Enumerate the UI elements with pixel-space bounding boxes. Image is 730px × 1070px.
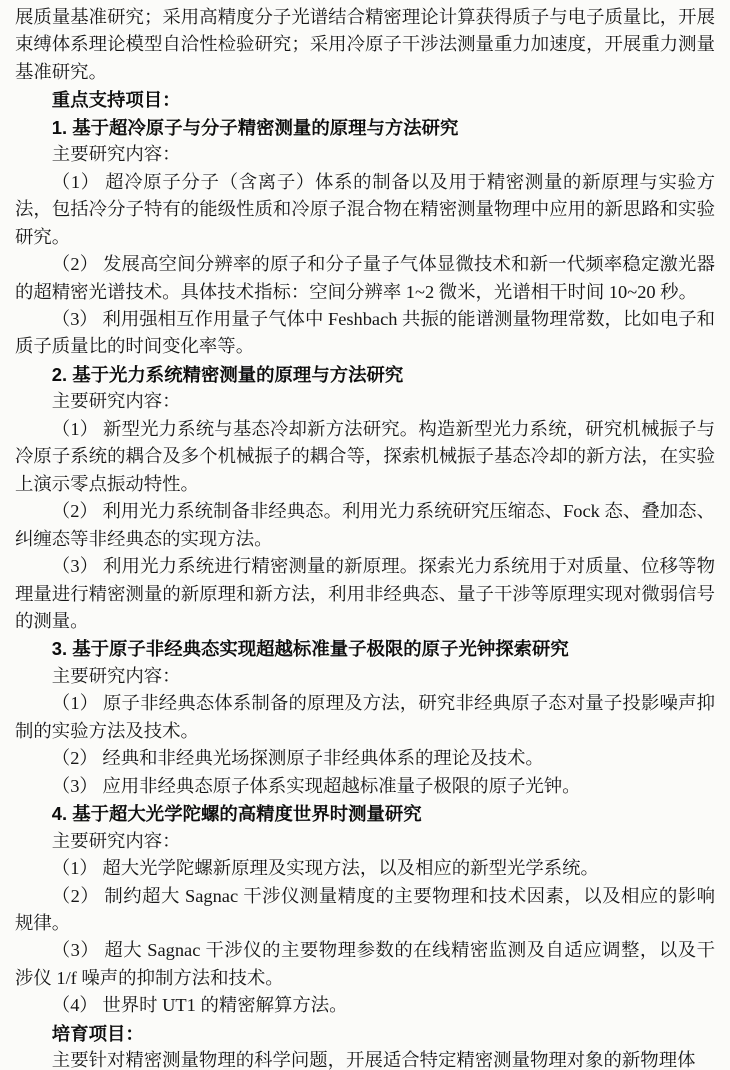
body-paragraph: 主要研究内容： <box>15 663 715 690</box>
body-paragraph: 主要研究内容： <box>15 141 715 168</box>
body-paragraph: （2） 利用光力系统制备非经典态。利用光力系统研究压缩态、Fock 态、叠加态、… <box>15 498 715 553</box>
heading-paragraph: 3. 基于原子非经典态实现超越标准量子极限的原子光钟探索研究 <box>15 635 715 662</box>
body-paragraph: 展质量基准研究；采用高精度分子光谱结合精密理论计算获得质子与电子质量比，开展束缚… <box>15 4 715 86</box>
heading-paragraph: 2. 基于光力系统精密测量的原理与方法研究 <box>15 361 715 388</box>
body-paragraph: 主要研究内容： <box>15 828 715 855</box>
body-paragraph: （3） 利用光力系统进行精密测量的新原理。探索光力系统用于对质量、位移等物理量进… <box>15 553 715 635</box>
document-page: 展质量基准研究；采用高精度分子光谱结合精密理论计算获得质子与电子质量比，开展束缚… <box>0 0 730 1070</box>
body-paragraph: （2） 经典和非经典光场探测原子非经典体系的理论及技术。 <box>15 745 715 772</box>
document-content: 展质量基准研究；采用高精度分子光谱结合精密理论计算获得质子与电子质量比，开展束缚… <box>15 4 715 1070</box>
heading-paragraph: 1. 基于超冷原子与分子精密测量的原理与方法研究 <box>15 114 715 141</box>
body-paragraph: 主要针对精密测量物理的科学问题，开展适合特定精密测量物理对象的新物理体 <box>15 1047 715 1070</box>
body-paragraph: （3） 超大 Sagnac 干涉仪的主要物理参数的在线精密监测及自适应调整，以及… <box>15 937 715 992</box>
heading-paragraph: 培育项目： <box>15 1020 715 1047</box>
body-paragraph: （1） 超冷原子分子（含离子）体系的制备以及用于精密测量的新原理与实验方法，包括… <box>15 169 715 251</box>
body-paragraph: （1） 新型光力系统与基态冷却新方法研究。构造新型光力系统，研究机械振子与冷原子… <box>15 416 715 498</box>
body-paragraph: （4） 世界时 UT1 的精密解算方法。 <box>15 992 715 1019</box>
body-paragraph: （2） 发展高空间分辨率的原子和分子量子气体显微技术和新一代频率稳定激光器的超精… <box>15 251 715 306</box>
heading-paragraph: 重点支持项目： <box>15 86 715 113</box>
body-paragraph: （3） 应用非经典态原子体系实现超越标准量子极限的原子光钟。 <box>15 773 715 800</box>
heading-paragraph: 4. 基于超大光学陀螺的高精度世界时测量研究 <box>15 800 715 827</box>
body-paragraph: （1） 原子非经典态体系制备的原理及方法，研究非经典原子态对量子投影噪声抑制的实… <box>15 690 715 745</box>
body-paragraph: （3） 利用强相互作用量子气体中 Feshbach 共振的能谱测量物理常数，比如… <box>15 306 715 361</box>
body-paragraph: （2） 制约超大 Sagnac 干涉仪测量精度的主要物理和技术因素，以及相应的影… <box>15 883 715 938</box>
body-paragraph: （1） 超大光学陀螺新原理及实现方法，以及相应的新型光学系统。 <box>15 855 715 882</box>
body-paragraph: 主要研究内容： <box>15 388 715 415</box>
